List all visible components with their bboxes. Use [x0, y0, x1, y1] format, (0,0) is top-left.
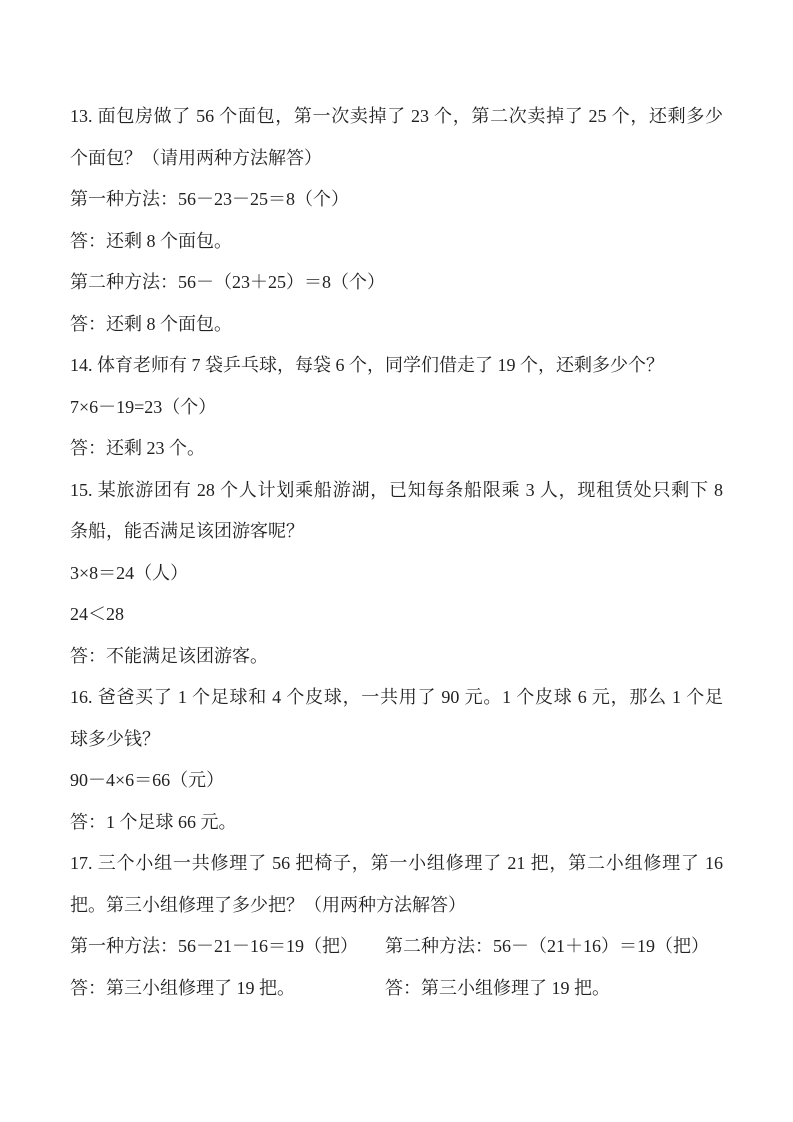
problem-17-methods-row: 第一种方法：56－21－16＝19（把） 第二种方法：56－（21＋16）＝19… — [70, 926, 723, 968]
problem-15-equation: 3×8＝24（人） — [70, 553, 723, 595]
problem-15-answer: 答：不能满足该团游客。 — [70, 636, 723, 678]
problem-17-method-1-equation: 第一种方法：56－21－16＝19（把） — [70, 926, 385, 968]
problem-16-statement-line-1: 16. 爸爸买了 1 个足球和 4 个皮球，一共用了 90 元。1 个皮球 6 … — [70, 677, 723, 719]
problem-16-equation: 90－4×6＝66（元） — [70, 760, 723, 802]
problem-15-statement-line-2: 条船，能否满足该团游客呢？ — [70, 511, 723, 553]
problem-16-statement-line-2: 球多少钱？ — [70, 719, 723, 761]
problem-14-statement: 14. 体育老师有 7 袋乒乓球，每袋 6 个，同学们借走了 19 个，还剩多少… — [70, 345, 723, 387]
problem-13-answer-2: 答：还剩 8 个面包。 — [70, 304, 723, 346]
document-page: 13. 面包房做了 56 个面包，第一次卖掉了 23 个，第二次卖掉了 25 个… — [0, 0, 793, 1122]
problem-17-answers-row: 答：第三小组修理了 19 把。 答：第三小组修理了 19 把。 — [70, 968, 723, 1010]
problem-17-answer-1: 答：第三小组修理了 19 把。 — [70, 968, 385, 1010]
problem-13-method-1-equation: 第一种方法：56－23－25＝8（个） — [70, 179, 723, 221]
problem-17-answer-2: 答：第三小组修理了 19 把。 — [385, 968, 723, 1010]
problem-13-method-2-equation: 第二种方法：56－（23＋25）＝8（个） — [70, 262, 723, 304]
problem-17-method-2-equation: 第二种方法：56－（21＋16）＝19（把） — [385, 926, 723, 968]
problem-13-answer-1: 答：还剩 8 个面包。 — [70, 221, 723, 263]
problem-14-answer: 答：还剩 23 个。 — [70, 428, 723, 470]
problem-13-statement-line-2: 个面包？（请用两种方法解答） — [70, 138, 723, 180]
problem-15-statement-line-1: 15. 某旅游团有 28 个人计划乘船游湖，已知每条船限乘 3 人，现租赁处只剩… — [70, 470, 723, 512]
problem-17-statement-line-2: 把。第三小组修理了多少把？（用两种方法解答） — [70, 885, 723, 927]
problem-15-comparison: 24＜28 — [70, 594, 723, 636]
problem-16-answer: 答：1 个足球 66 元。 — [70, 802, 723, 844]
problem-17-statement-line-1: 17. 三个小组一共修理了 56 把椅子，第一小组修理了 21 把，第二小组修理… — [70, 843, 723, 885]
problem-13-statement-line-1: 13. 面包房做了 56 个面包，第一次卖掉了 23 个，第二次卖掉了 25 个… — [70, 96, 723, 138]
document-body: 13. 面包房做了 56 个面包，第一次卖掉了 23 个，第二次卖掉了 25 个… — [70, 96, 723, 1009]
problem-14-equation: 7×6－19=23（个） — [70, 387, 723, 429]
